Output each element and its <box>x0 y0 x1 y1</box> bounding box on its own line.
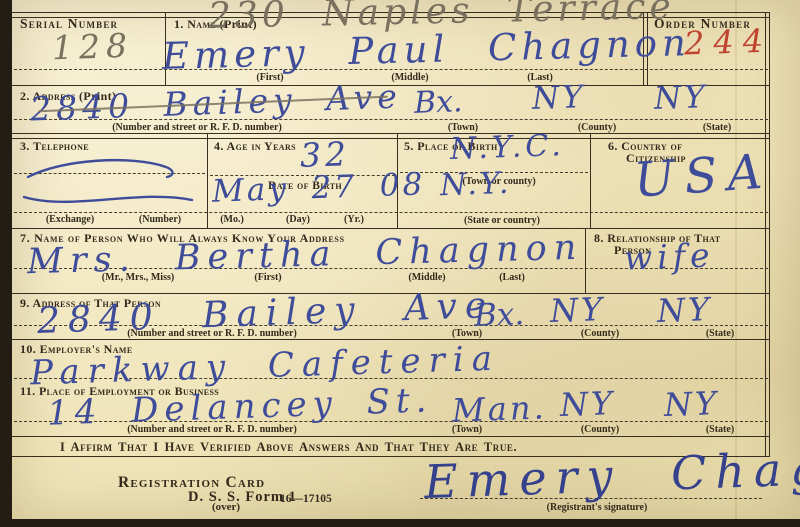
person-relationship-divider <box>585 228 586 293</box>
row2-bottom-border <box>12 133 770 139</box>
contact-sub-middle: (Middle) <box>408 272 445 283</box>
contact-address-state-value: NY <box>656 293 712 327</box>
age-value: 32 <box>299 137 350 172</box>
contact-address-sub-town: (Town) <box>452 328 482 339</box>
serial-number-value: 128 <box>51 29 133 65</box>
employment-town-value: Man. <box>451 391 547 426</box>
telephone-label: 3. Telephone <box>20 139 89 154</box>
citizenship-value: USA <box>632 147 773 205</box>
scanned-draft-registration-card: Serial Number 128 1. Name (Print) 230 Na… <box>0 0 800 527</box>
employment-state-value: NY <box>663 387 719 421</box>
address-town-value: Bx. <box>413 87 463 119</box>
dob-sub-year: (Yr.) <box>344 214 364 225</box>
employment-sub-street: (Number and street or R. F. D. number) <box>127 424 297 435</box>
date-of-birth-value: May 27 08 <box>212 169 426 207</box>
employment-sub-town: (Town) <box>452 424 482 435</box>
dob-sub-month: (Mo.) <box>220 214 244 225</box>
address-county-value: NY <box>531 82 586 115</box>
contact-sub-first: (First) <box>254 272 281 283</box>
telephone-none-stroke <box>20 153 200 211</box>
paper-crease <box>735 0 737 519</box>
contact-address-town-value: Bx. <box>473 299 524 332</box>
address-state-value: NY <box>653 82 708 115</box>
row3-bottom-rule <box>12 228 770 229</box>
age-label: 4. Age in Years <box>214 139 296 154</box>
row5-bottom-rule <box>12 339 770 340</box>
telephone-sub-number: (Number) <box>139 214 181 225</box>
order-number-value: 244 <box>683 24 772 59</box>
signature-sub-label: (Registrant's signature) <box>547 502 648 513</box>
employment-sub-state: (State) <box>706 424 734 435</box>
relationship-value: wife <box>623 238 715 274</box>
card-paper: Serial Number 128 1. Name (Print) 230 Na… <box>12 0 800 519</box>
employment-sub-county: (County) <box>581 424 619 435</box>
row7-bottom-rule <box>12 436 770 437</box>
form-right-border-2 <box>769 12 770 456</box>
birth-sub-state-or-country: (State or country) <box>464 215 540 226</box>
contact-sub-title: (Mr., Mrs., Miss) <box>102 272 174 283</box>
birth-citizenship-divider <box>590 133 591 228</box>
row3-lower-writing-line <box>14 212 768 213</box>
address-sub-county: (County) <box>578 122 616 133</box>
contact-sub-last: (Last) <box>499 272 525 283</box>
form-right-border <box>765 12 766 456</box>
address-sub-street: (Number and street or R. F. D. number) <box>112 122 282 133</box>
affirmation-statement: I Affirm That I Have Verified Above Answ… <box>60 440 517 455</box>
contact-address-sub-county: (County) <box>581 328 619 339</box>
contact-address-sub-street: (Number and street or R. F. D. number) <box>127 328 297 339</box>
birth-state-value: N.Y. <box>439 169 511 201</box>
address-sub-state: (State) <box>703 122 731 133</box>
print-code: 16—17105 <box>280 493 332 505</box>
over-note: (over) <box>212 501 240 513</box>
tel-age-divider <box>207 133 208 228</box>
employment-county-value: NY <box>559 387 615 421</box>
dob-sub-day: (Day) <box>286 214 310 225</box>
telephone-sub-exchange: (Exchange) <box>46 214 94 225</box>
contact-address-sub-state: (State) <box>706 328 734 339</box>
birth-town-value: N.Y.C. <box>450 131 566 165</box>
contact-address-county-value: NY <box>549 293 605 327</box>
